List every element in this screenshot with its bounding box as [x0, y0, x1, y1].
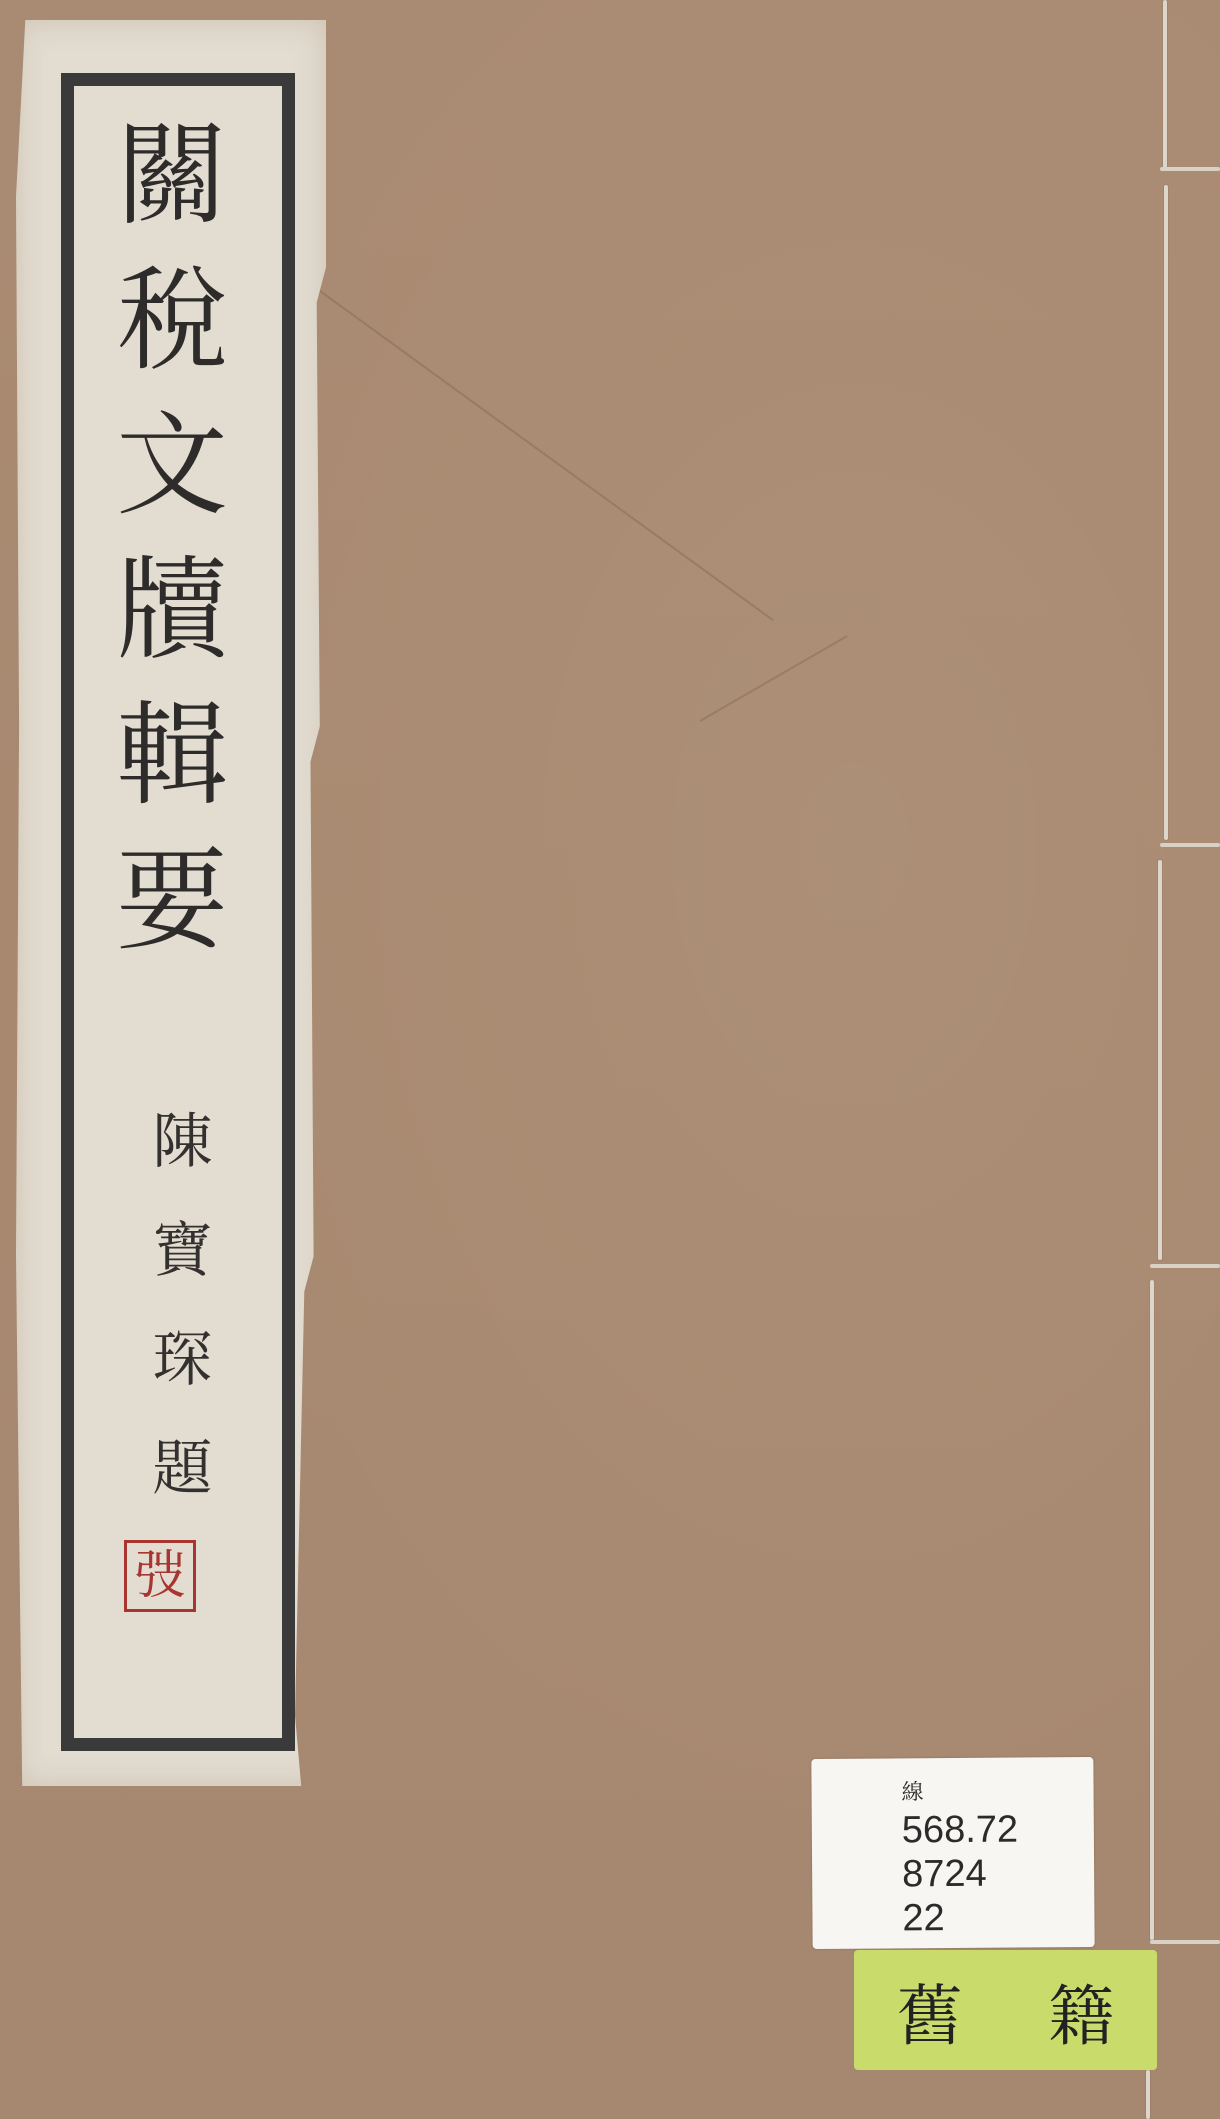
call-number-volume: 22: [902, 1896, 1019, 1941]
binding-tie: [1150, 1264, 1220, 1268]
binding-tie: [1160, 843, 1220, 847]
book-title: 關 稅 文 牘 輯 要: [112, 120, 232, 957]
title-char: 牘: [116, 555, 228, 667]
binding-string: [1164, 185, 1168, 840]
binding-string: [1146, 2070, 1150, 2119]
calligrapher-inscription: 陳 寶 琛 題: [145, 1110, 220, 1501]
binding-string: [1150, 1280, 1154, 1940]
inscription-char: 題: [153, 1437, 213, 1501]
binding-string: [1163, 0, 1167, 169]
inscription-char: 琛: [153, 1328, 213, 1392]
call-number-label: 線 568.72 8724 22: [811, 1757, 1094, 1949]
title-char: 文: [116, 410, 228, 522]
binding-tie: [1160, 167, 1220, 171]
title-char: 關: [116, 120, 228, 232]
inscription-char: 寶: [153, 1219, 213, 1283]
binding-string: [1158, 860, 1162, 1260]
red-seal-stamp: 弢: [124, 1540, 196, 1612]
call-number-author: 8724: [902, 1852, 1019, 1897]
status-char: 籍: [1048, 1963, 1114, 2058]
title-char: 稅: [116, 265, 228, 377]
collection-category: 線: [901, 1778, 1017, 1809]
inscription-char: 陳: [153, 1110, 213, 1174]
status-char: 舊: [897, 1963, 963, 2058]
old-books-label: 舊 籍: [854, 1950, 1157, 2070]
binding-tie: [1150, 1940, 1220, 1944]
call-number-class: 568.72: [902, 1808, 1019, 1853]
title-char: 要: [116, 845, 228, 957]
title-char: 輯: [116, 700, 228, 812]
